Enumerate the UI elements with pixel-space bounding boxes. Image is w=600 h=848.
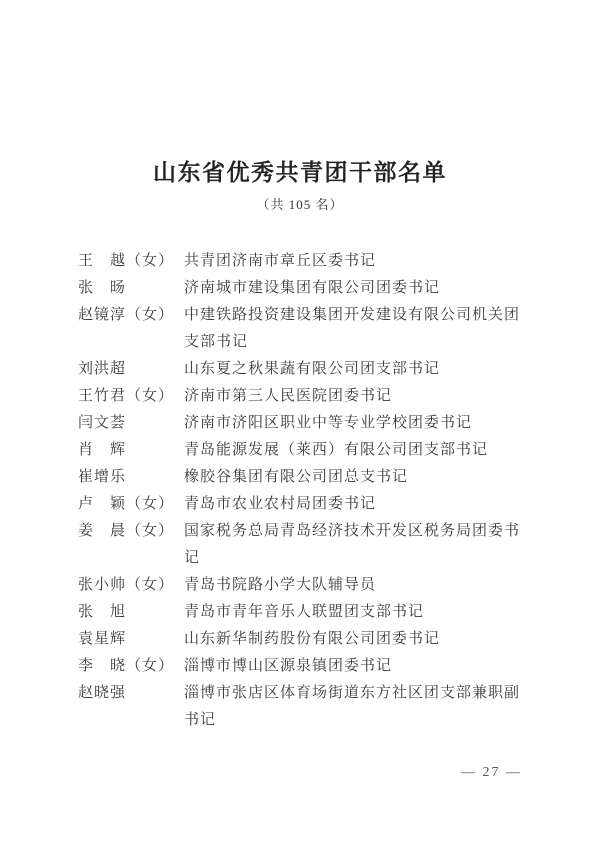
table-row: 肖 辉 青岛能源发展（莱西）有限公司团支部书记 (78, 437, 524, 464)
person-name: 卢 颖（女） (78, 491, 184, 518)
person-position: 橡胶谷集团有限公司团总支书记 (184, 464, 524, 491)
person-position: 淄博市张店区体育场街道东方社区团支部兼职副书记 (184, 680, 524, 734)
person-position: 青岛市农业农村局团委书记 (184, 491, 524, 518)
cadre-roster-list: 王 越（女） 共青团济南市章丘区委书记 张 旸 济南城市建设集团有限公司团委书记… (78, 248, 524, 734)
person-position: 济南城市建设集团有限公司团委书记 (184, 275, 524, 302)
table-row: 卢 颖（女） 青岛市农业农村局团委书记 (78, 491, 524, 518)
person-name: 崔增乐 (78, 464, 184, 491)
table-row: 张 旸 济南城市建设集团有限公司团委书记 (78, 275, 524, 302)
table-row: 赵晓强 淄博市张店区体育场街道东方社区团支部兼职副书记 (78, 680, 524, 734)
person-position: 山东夏之秋果蔬有限公司团支部书记 (184, 356, 524, 383)
person-position: 山东新华制药股份有限公司团委书记 (184, 626, 524, 653)
person-name: 张 旸 (78, 275, 184, 302)
table-row: 赵镜淳（女） 中建铁路投资建设集团开发建设有限公司机关团支部书记 (78, 302, 524, 356)
person-name: 袁星辉 (78, 626, 184, 653)
person-position: 青岛能源发展（莱西）有限公司团支部书记 (184, 437, 524, 464)
document-page: 山东省优秀共青团干部名单 （共 105 名） 王 越（女） 共青团济南市章丘区委… (0, 0, 600, 848)
person-name: 李 晓（女） (78, 653, 184, 680)
table-row: 闫文荟 济南市济阳区职业中等专业学校团委书记 (78, 410, 524, 437)
person-name: 赵晓强 (78, 680, 184, 707)
person-name: 张小帅（女） (78, 572, 184, 599)
table-row: 袁星辉 山东新华制药股份有限公司团委书记 (78, 626, 524, 653)
person-position: 国家税务总局青岛经济技术开发区税务局团委书记 (184, 518, 524, 572)
table-row: 崔增乐 橡胶谷集团有限公司团总支书记 (78, 464, 524, 491)
person-position: 淄博市博山区源泉镇团委书记 (184, 653, 524, 680)
page-number: — 27 — (461, 764, 522, 782)
table-row: 张 旭 青岛市青年音乐人联盟团支部书记 (78, 599, 524, 626)
person-position: 共青团济南市章丘区委书记 (184, 248, 524, 275)
person-name: 王 越（女） (78, 248, 184, 275)
person-name: 王竹君（女） (78, 383, 184, 410)
table-row: 王 越（女） 共青团济南市章丘区委书记 (78, 248, 524, 275)
page-title: 山东省优秀共青团干部名单 (0, 158, 600, 188)
person-name: 姜 晨（女） (78, 518, 184, 545)
person-name: 肖 辉 (78, 437, 184, 464)
person-position: 济南市第三人民医院团委书记 (184, 383, 524, 410)
person-name: 张 旭 (78, 599, 184, 626)
table-row: 刘洪超 山东夏之秋果蔬有限公司团支部书记 (78, 356, 524, 383)
page-subtitle: （共 105 名） (0, 196, 600, 214)
person-position: 青岛市青年音乐人联盟团支部书记 (184, 599, 524, 626)
table-row: 姜 晨（女） 国家税务总局青岛经济技术开发区税务局团委书记 (78, 518, 524, 572)
person-position: 青岛书院路小学大队辅导员 (184, 572, 524, 599)
table-row: 张小帅（女） 青岛书院路小学大队辅导员 (78, 572, 524, 599)
person-position: 中建铁路投资建设集团开发建设有限公司机关团支部书记 (184, 302, 524, 356)
person-position: 济南市济阳区职业中等专业学校团委书记 (184, 410, 524, 437)
table-row: 王竹君（女） 济南市第三人民医院团委书记 (78, 383, 524, 410)
person-name: 闫文荟 (78, 410, 184, 437)
table-row: 李 晓（女） 淄博市博山区源泉镇团委书记 (78, 653, 524, 680)
person-name: 赵镜淳（女） (78, 302, 184, 329)
person-name: 刘洪超 (78, 356, 184, 383)
